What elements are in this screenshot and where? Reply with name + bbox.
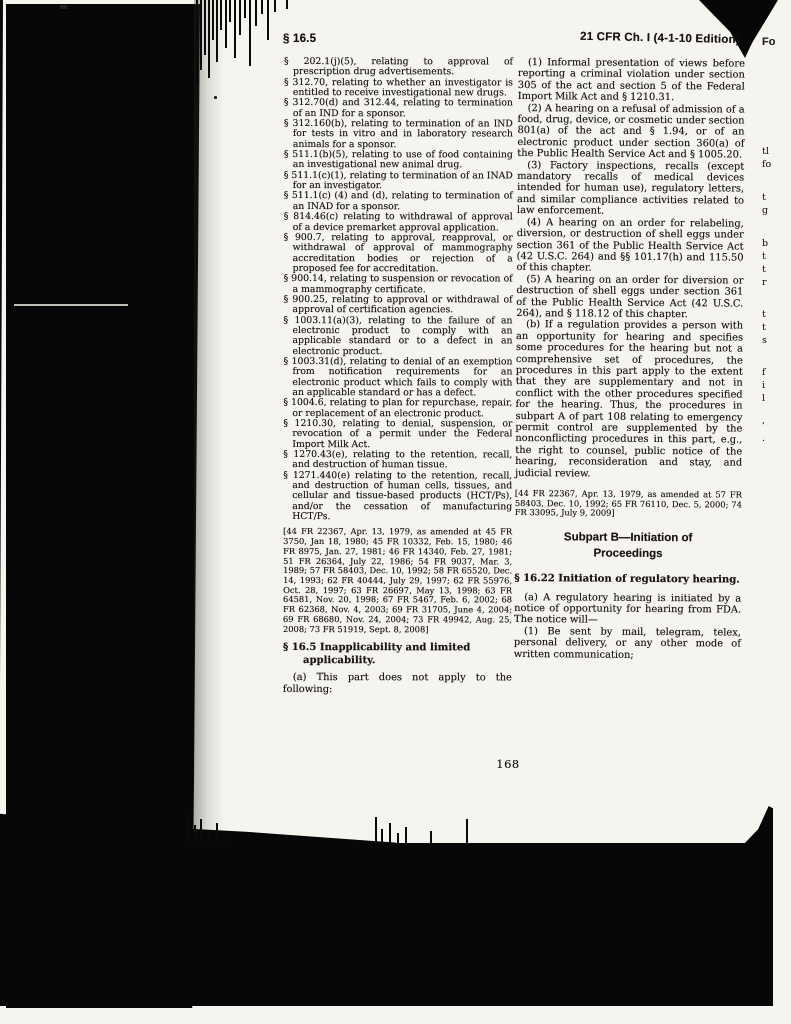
regulation-list-item: § 1003.31(d), relating to denial of an e… [283,357,512,399]
regulation-paragraph: (1) Informal presentation of views befor… [518,57,745,104]
scan-streak [220,0,222,30]
adjacent-page-fragment: tl [762,146,769,157]
page-bottom-right-corner-ink [742,806,773,846]
scratch-line [14,304,128,306]
bottom-scan-ink-band [0,843,773,1006]
adjacent-page-fragment: f [762,367,766,378]
scan-streak [196,0,198,86]
scan-streak [234,0,236,58]
adjacent-page-fragment: Fo [762,36,775,48]
scan-streak [381,829,383,843]
regulation-paragraph: (3) Factory inspections, recalls (except… [517,160,744,219]
regulation-list-item: § 511.1(c) (4) and (d), relating to term… [284,191,513,212]
adjacent-page-fragment: . [762,433,765,444]
regulation-list-item: § 511.1(b)(5), relating to use of food c… [284,150,513,171]
scan-streak [200,819,202,843]
regulation-list-item: § 900.14, relating to suspension or revo… [284,274,513,295]
scan-streak [204,0,206,55]
adjacent-page-fragment: l [762,393,765,404]
scan-streak [405,827,407,843]
citation-note: [44 FR 22367, Apr. 13, 1979, as amended … [283,527,512,634]
scan-streak [208,0,210,78]
regulation-list-item: § 1270.43(e), relating to the retention,… [283,450,512,471]
scan-streak [261,0,263,14]
regulation-list-item: § 900.7, relating to approval, reapprova… [284,233,513,275]
scan-streak [274,0,276,12]
scan-streak [375,817,377,843]
regulation-paragraph: (4) A hearing on an order for relabeling… [516,217,743,276]
regulation-list-item: § 1004.6, relating to plan for repurchas… [283,398,512,419]
scan-streak [286,0,288,9]
top-right-ink-blob [712,0,772,58]
adjacent-page-fragment: fo [762,159,771,170]
scan-streak [216,823,218,843]
adjacent-page-fragment: b [762,238,768,249]
scan-streak [208,831,210,843]
adjacent-page-fragment: i [762,380,765,391]
regulation-paragraph: (5) A hearing on an order for diversion … [516,274,743,321]
regulation-list-item: § 1003.11(a)(3), relating to the failure… [283,316,512,358]
scan-streak [466,819,468,843]
scan-streak [249,0,251,66]
adjacent-page-fragment: t [762,322,766,333]
scan-speck [214,96,217,99]
subpart-b-heading: Subpart B—Initiation of Proceedings [514,530,741,563]
scan-streak [229,0,231,22]
regulation-list-item: § 312.160(b), relating to termination of… [284,119,513,150]
scan-streak [389,823,391,843]
scan-streak [267,0,269,40]
scan-streak [244,0,246,18]
regulation-list-item: § 814.46(c) relating to withdrawal of ap… [284,212,513,233]
citation-note: [44 FR 22367, Apr. 13, 1979, as amended … [515,489,742,520]
adjacent-page-fragment: , [762,415,765,426]
left-text-column: § 202.1(j)(5), relating to approval of p… [283,57,513,695]
regulation-paragraph: (b) If a regulation provides a person wi… [515,319,743,480]
section-heading-16-22: § 16.22 Initiation of regulatory hearing… [514,573,741,587]
regulation-list-item: § 511.1(c)(1), relating to termination o… [284,171,513,192]
adjacent-page-fragment: t [762,264,766,275]
paragraph-a: (a) A regulatory hearing is initiated by… [514,592,741,628]
scan-streak [239,0,241,35]
adjacent-page-fragment: t [762,251,766,262]
scan-streak [255,0,257,26]
regulation-list-item: § 312.70, relating to whether an investi… [284,78,513,99]
scan-streak [200,0,202,70]
adjacent-page-fragment: t [762,309,766,320]
scan-streak [194,825,196,843]
adjacent-page-edge-line [0,0,2,790]
scan-streak [212,0,214,40]
running-head-section: § 16.5 [283,33,316,45]
page-number: 168 [478,757,538,771]
adjacent-page-fragment: g [762,205,768,216]
scan-streak [225,0,227,48]
regulation-paragraphs: (1) Informal presentation of views befor… [515,57,745,481]
regulation-list-item: § 1271.440(e) relating to the retention,… [283,471,512,523]
regulation-paragraph: (2) A hearing on a refusal of admission … [517,103,744,162]
adjacent-page-fragment: s [762,335,767,346]
scan-streak [430,831,432,843]
running-head-edition: 21 CFR Ch. I (4-1-10 Edition) [545,30,740,46]
scan-streak [397,833,399,843]
regulation-list: § 202.1(j)(5), relating to approval of p… [283,57,513,523]
regulation-list-item: § 312.70(d) and 312.44, relating to term… [284,98,513,119]
regulation-list-item: § 1210.30, relating to denial, suspensio… [283,419,512,450]
adjacent-page-fragment: t [762,192,766,203]
paragraph-1: (1) Be sent by mail, telegram, telex, pe… [514,626,741,662]
scanned-document-page: § 16.5 21 CFR Ch. I (4-1-10 Edition) § 2… [0,0,791,1024]
section-heading-16-5: § 16.5 Inapplicability and limited appli… [283,642,512,667]
scan-streak [226,835,228,843]
regulation-list-item: § 202.1(j)(5), relating to approval of p… [284,57,513,78]
scan-streak [188,813,190,843]
adjacent-page-fragment: r [762,277,767,288]
regulation-list-item: § 900.25, relating to approval or withdr… [284,295,513,316]
right-text-column: (1) Informal presentation of views befor… [514,57,745,662]
paragraph-a: (a) This part does not apply to the foll… [283,672,512,695]
scan-streak [216,0,218,62]
scan-speck [60,5,67,9]
